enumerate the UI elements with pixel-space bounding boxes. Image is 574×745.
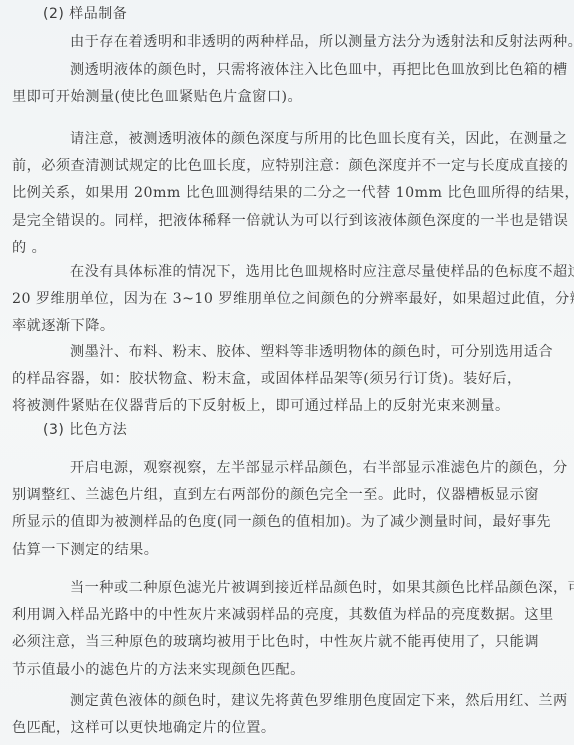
text-line: 节示值最小的滤色片的方法来实现颜色匹配。 xyxy=(12,657,552,684)
paragraph-neutral-gray-filter: 当一种或二种原色滤光片被调到接近样品颜色时，如果其颜色比样品颜色深，可 利用调入… xyxy=(12,575,552,684)
paragraph-no-standard: 在没有具体标准的情况下，选用比色皿规格时应注意尽量使样品的色标度不超过 20 罗… xyxy=(12,259,552,341)
text-line: 的 。 xyxy=(12,235,552,262)
text-line: 利用调入样品光路中的中性灰片来减弱样品的亮度，其数值为样品的亮度数据。这里 xyxy=(12,602,552,629)
text-line: 请注意，被测透明液体的颜色深度与所用的比色皿长度有关，因此，在测量之 xyxy=(12,126,552,153)
text-line: 必须注意，当三种原色的玻璃均被用于比色时，中性灰片就不能再使用了，只能调 xyxy=(12,629,552,656)
text-line: 色匹配，这样可以更快地确定片的位置。 xyxy=(12,715,552,742)
text-line: 将被测件紧贴在仪器背后的下反射板上，即可通过样品上的反射光束来测量。 xyxy=(12,393,552,420)
text-line: 估算一下测定的结果。 xyxy=(12,537,552,564)
text-line: 当一种或二种原色滤光片被调到接近样品颜色时，如果其颜色比样品颜色深，可 xyxy=(12,575,552,602)
text-line: 由于存在着透明和非透明的两种样品，所以测量方法分为透射法和反射法两种。 xyxy=(12,29,552,56)
text-line: 的样品容器，如：胶状物盒、粉末盒，或固体样品架等(须另行订货)。装好后， xyxy=(12,366,552,393)
text-line: 测定黄色液体的颜色时，建议先将黄色罗维朋色度固定下来，然后用红、兰两 xyxy=(12,688,552,715)
paragraph-power-on-observe: 开启电源，观察视察，左半部显示样品颜色，右半部显示准滤色片的颜色，分 别调整红、… xyxy=(12,455,552,564)
text-line: 是完全错误的。同样，把液体稀释一倍就认为可以行到该液体颜色深度的一半也是错误 xyxy=(12,208,552,235)
text-line: 别调整红、兰滤色片组，直到左右两部份的颜色完全一至。此时，仪器槽板显示窗 xyxy=(12,482,552,509)
text-line: 比例关系，如果用 20mm 比色皿测得结果的二分之一代替 10mm 比色皿所得的… xyxy=(12,180,552,207)
paragraph-yellow-liquid: 测定黄色液体的颜色时，建议先将黄色罗维朋色度固定下来，然后用红、兰两 色匹配，这… xyxy=(12,688,552,742)
paragraph-cuvette-length-note: 请注意，被测透明液体的颜色深度与所用的比色皿长度有关，因此，在测量之 前，必须查… xyxy=(12,126,552,262)
text-line: 里即可开始测量(使比色皿紧贴色片盒窗口)。 xyxy=(12,84,552,111)
section-heading-color-comparison-method: (3) 比色方法 xyxy=(43,419,127,439)
paragraph-opaque-objects: 测墨汁、布料、粉末、胶体、塑料等非透明物体的颜色时，可分别选用适合 的样品容器，… xyxy=(12,339,552,421)
section-heading-sample-preparation: (2) 样品制备 xyxy=(43,3,127,23)
text-line: 所显示的值即为被测样品的色度(同一颜色的值相加)。为了减少测量时间，最好事先 xyxy=(12,509,552,536)
paragraph-transparent-liquid: 测透明液体的颜色时，只需将液体注入比色皿中，再把比色皿放到比色箱的槽 里即可开始… xyxy=(12,57,552,111)
text-line: 率就逐渐下降。 xyxy=(12,313,552,340)
text-line: 测墨汁、布料、粉末、胶体、塑料等非透明物体的颜色时，可分别选用适合 xyxy=(12,339,552,366)
text-line: 测透明液体的颜色时，只需将液体注入比色皿中，再把比色皿放到比色箱的槽 xyxy=(12,57,552,84)
text-line: 前，必须查清测试规定的比色皿长度，应特别注意：颜色深度并不一定与长度成直接的 xyxy=(12,153,552,180)
text-line: 20 罗维朋单位，因为在 3~10 罗维朋单位之间颜色的分辨率最好，如果超过此值… xyxy=(12,286,552,313)
document-page: (2) 样品制备 由于存在着透明和非透明的两种样品，所以测量方法分为透射法和反射… xyxy=(0,0,574,745)
text-line: 开启电源，观察视察，左半部显示样品颜色，右半部显示准滤色片的颜色，分 xyxy=(12,455,552,482)
paragraph-two-methods: 由于存在着透明和非透明的两种样品，所以测量方法分为透射法和反射法两种。 xyxy=(12,29,552,56)
text-line: 在没有具体标准的情况下，选用比色皿规格时应注意尽量使样品的色标度不超过 xyxy=(12,259,552,286)
